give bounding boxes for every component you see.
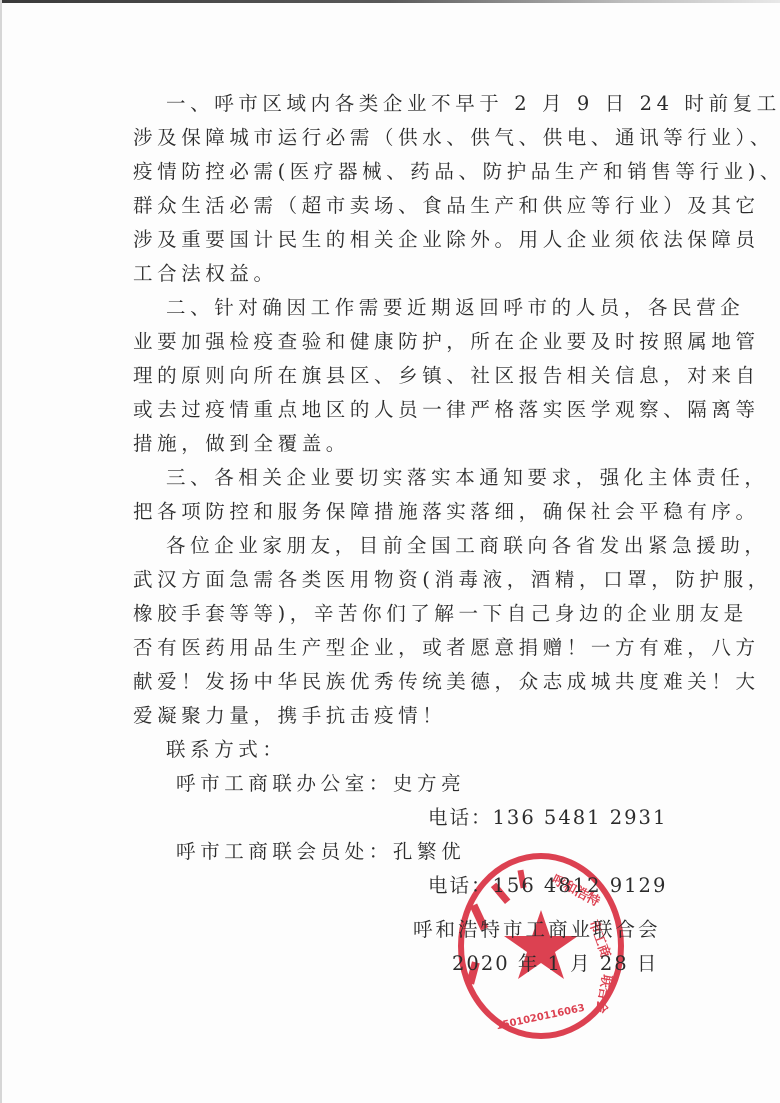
issue-date: 2020 年 1 月 28 日 [452, 950, 658, 978]
contact-2-phone: 电话：156 4812 9129 [428, 872, 667, 900]
issuer-signature: 呼和浩特市工商业联合会 [413, 916, 661, 944]
paragraph-2-line-1: 二、针对确因工作需要近期返回呼市的人员，各民营企 [166, 294, 744, 322]
appeal-line-2: 武汉方面急需各类医用物资(消毒液，酒精，口罩，防护服， [133, 566, 772, 594]
scan-top-edge [0, 0, 780, 3]
appeal-line-4: 否有医药用品生产型企业，或者愿意捐赠！一方有难，八方 [133, 634, 760, 662]
paragraph-1-line-3: 疫情防控必需(医疗器械、药品、防护品生产和销售等行业)、 [133, 158, 780, 186]
paragraph-3-line-2: 把各项防控和服务保障措施落实落细，确保社会平稳有序。 [133, 498, 760, 526]
paragraph-2-line-3: 理的原则向所在旗县区、乡镇、社区报告相关信息，对来自 [133, 362, 760, 390]
seal-serial: 1501020116063 [495, 1003, 586, 1033]
paragraph-3-line-1: 三、各相关企业要切实落实本通知要求，强化主体责任， [166, 464, 769, 492]
scan-left-edge [0, 0, 2, 1103]
paragraph-2-line-2: 业要加强检疫查验和健康防护，所在企业要及时按照属地管 [133, 328, 760, 356]
appeal-line-1: 各位企业家朋友，目前全国工商联向各省发出紧急援助， [166, 532, 769, 560]
contact-1-org-person: 呼市工商联办公室：史方亮 [176, 770, 465, 798]
appeal-line-6: 爱凝聚力量，携手抗击疫情！ [133, 702, 446, 730]
paragraph-2-line-5: 措施，做到全覆盖。 [133, 430, 350, 458]
scanned-document-page: 呼和浩特 市工商 联合会 1501020116063 一、呼市区域内各类企业不早… [0, 0, 780, 1103]
contact-1-phone: 电话：136 5481 2931 [428, 804, 667, 832]
contact-2-org-person: 呼市工商联会员处：孔繁优 [176, 838, 465, 866]
paragraph-1-line-6: 工合法权益。 [133, 260, 278, 288]
paragraph-1-line-2: 涉及保障城市运行必需（供水、供气、供电、通讯等行业）、 [133, 124, 774, 152]
paragraph-1-line-4: 群众生活必需（超市卖场、食品生产和供应等行业）及其它 [133, 192, 760, 220]
appeal-line-5: 献爱！发扬中华民族优秀传统美德，众志成城共度难关！大 [133, 668, 760, 696]
paragraph-2-line-4: 或去过疫情重点地区的人员一律严格落实医学观察、隔离等 [133, 396, 760, 424]
contact-heading: 联系方式： [166, 736, 287, 764]
appeal-line-3: 橡胶手套等等)，辛苦你们了解一下自己身边的企业朋友是 [133, 600, 748, 628]
svg-text:联合会: 联合会 [592, 973, 615, 1014]
paragraph-1-line-5: 涉及重要国计民生的相关企业除外。用人企业须依法保障员 [133, 226, 760, 254]
paragraph-1-line-1: 一、呼市区域内各类企业不早于 2 月 9 日 24 时前复工。 [166, 90, 780, 118]
